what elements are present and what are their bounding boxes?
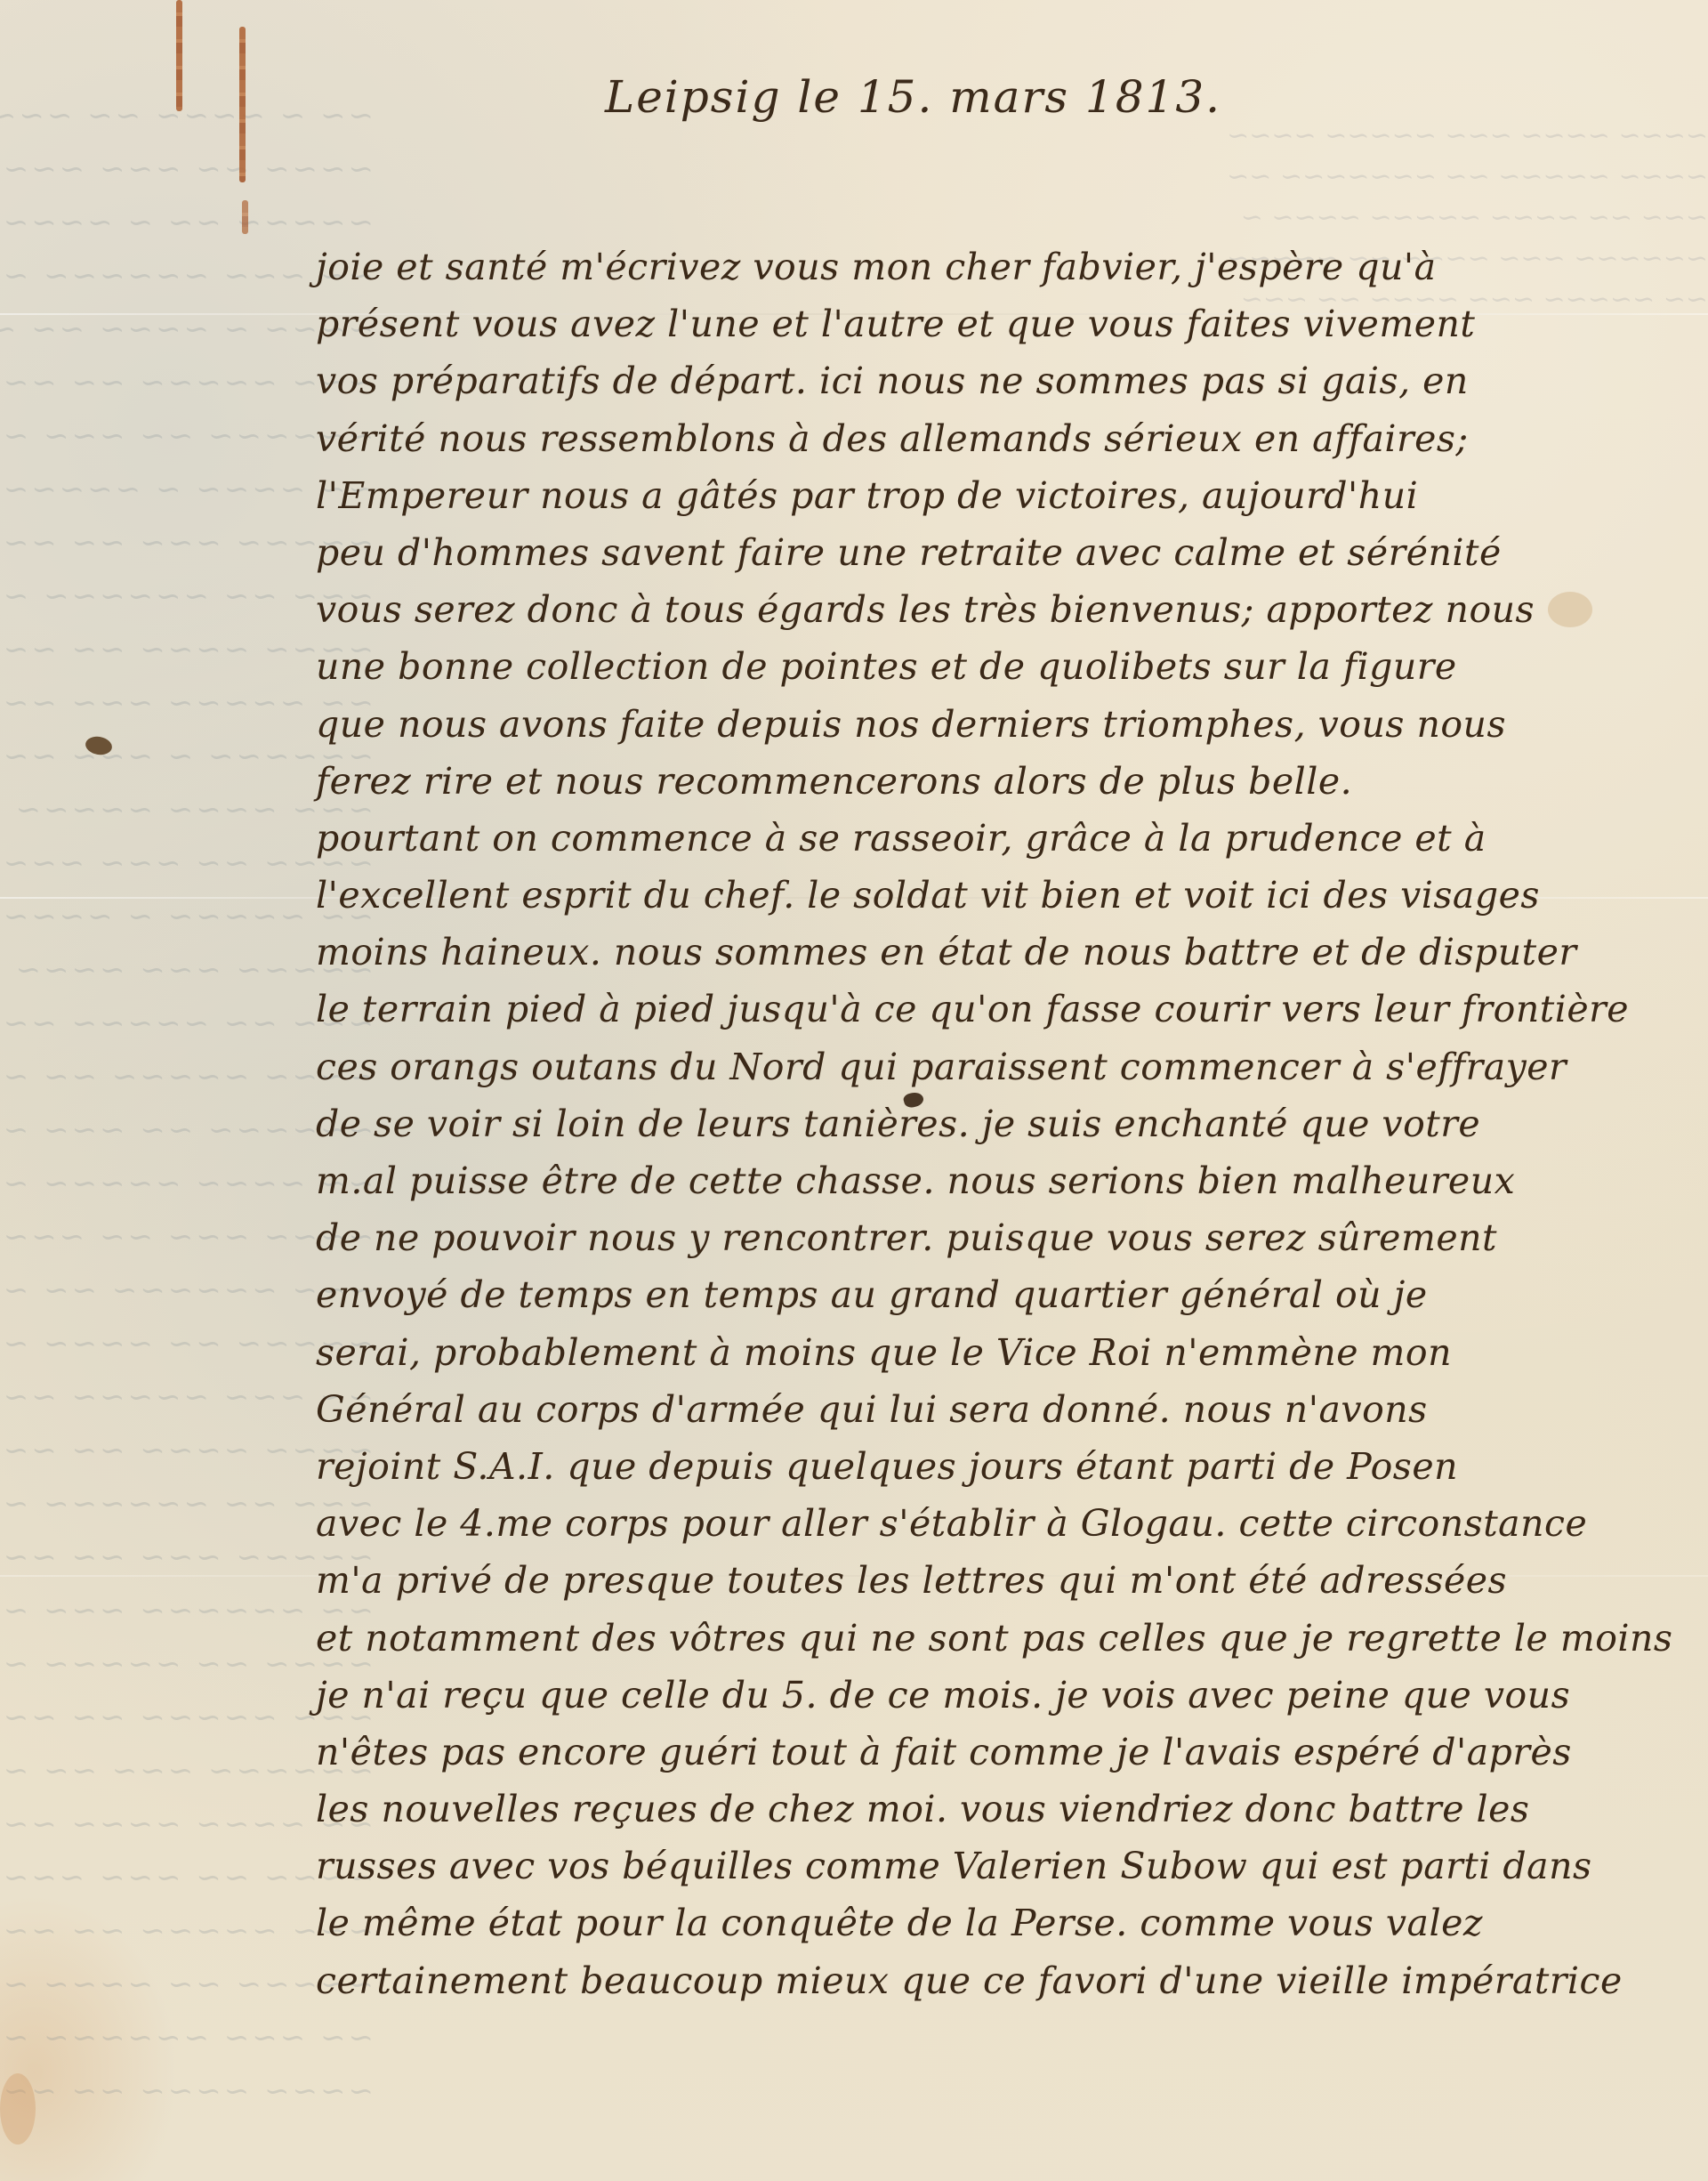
letter-line: envoyé de temps en temps au grand quarti… (316, 1266, 1686, 1323)
letter-line: moins haineux. nous sommes en état de no… (316, 924, 1686, 981)
letter-date-heading: Leipsig le 15. mars 1813. (605, 71, 1221, 123)
letter-line: de ne pouvoir nous y rencontrer. puisque… (316, 1209, 1686, 1266)
red-ink-margin-line (242, 200, 248, 234)
letter-line: n'êtes pas encore guéri tout à fait comm… (316, 1724, 1686, 1781)
letter-line: le même état pour la conquête de la Pers… (316, 1894, 1686, 1951)
letter-line: vous serez donc à tous égards les très b… (316, 581, 1686, 638)
letter-line: avec le 4.me corps pour aller s'établir … (316, 1495, 1686, 1552)
letter-line: je n'ai reçu que celle du 5. de ce mois.… (316, 1667, 1686, 1724)
letter-line: serai, probablement à moins que le Vice … (316, 1324, 1686, 1381)
letter-line: certainement beaucoup mieux que ce favor… (316, 1952, 1686, 2009)
letter-line: une bonne collection de pointes et de qu… (316, 638, 1686, 695)
red-ink-margin-line (176, 0, 182, 111)
letter-line: ferez rire et nous recommencerons alors … (316, 753, 1686, 810)
letter-line: ces orangs outans du Nord qui paraissent… (316, 1038, 1686, 1095)
letter-line: que nous avons faite depuis nos derniers… (316, 696, 1686, 753)
letter-line: peu d'hommes savent faire une retraite a… (316, 524, 1686, 581)
letter-line: vérité nous ressemblons à des allemands … (316, 410, 1686, 467)
letter-body: joie et santé m'écrivez vous mon cher fa… (316, 238, 1686, 2009)
letter-line: joie et santé m'écrivez vous mon cher fa… (316, 238, 1686, 295)
letter-line: russes avec vos béquilles comme Valerien… (316, 1838, 1686, 1894)
letter-line: les nouvelles reçues de chez moi. vous v… (316, 1781, 1686, 1838)
letter-line: l'excellent esprit du chef. le soldat vi… (316, 867, 1686, 924)
letter-line: le terrain pied à pied jusqu'à ce qu'on … (316, 981, 1686, 1038)
letter-line: de se voir si loin de leurs tanières. je… (316, 1095, 1686, 1152)
letter-line: et notamment des vôtres qui ne sont pas … (316, 1610, 1686, 1667)
letter-line: rejoint S.A.I. que depuis quelques jours… (316, 1438, 1686, 1495)
letter-line: l'Empereur nous a gâtés par trop de vict… (316, 467, 1686, 524)
letter-line: présent vous avez l'une et l'autre et qu… (316, 295, 1686, 352)
letter-line: pourtant on commence à se rasseoir, grâc… (316, 810, 1686, 867)
letter-line: m.al puisse être de cette chasse. nous s… (316, 1152, 1686, 1209)
letter-line: Général au corps d'armée qui lui sera do… (316, 1381, 1686, 1438)
red-ink-margin-line (239, 27, 246, 182)
letter-line: vos préparatifs de départ. ici nous ne s… (316, 352, 1686, 409)
water-stain (0, 2073, 36, 2145)
letter-line: m'a privé de presque toutes les lettres … (316, 1552, 1686, 1609)
